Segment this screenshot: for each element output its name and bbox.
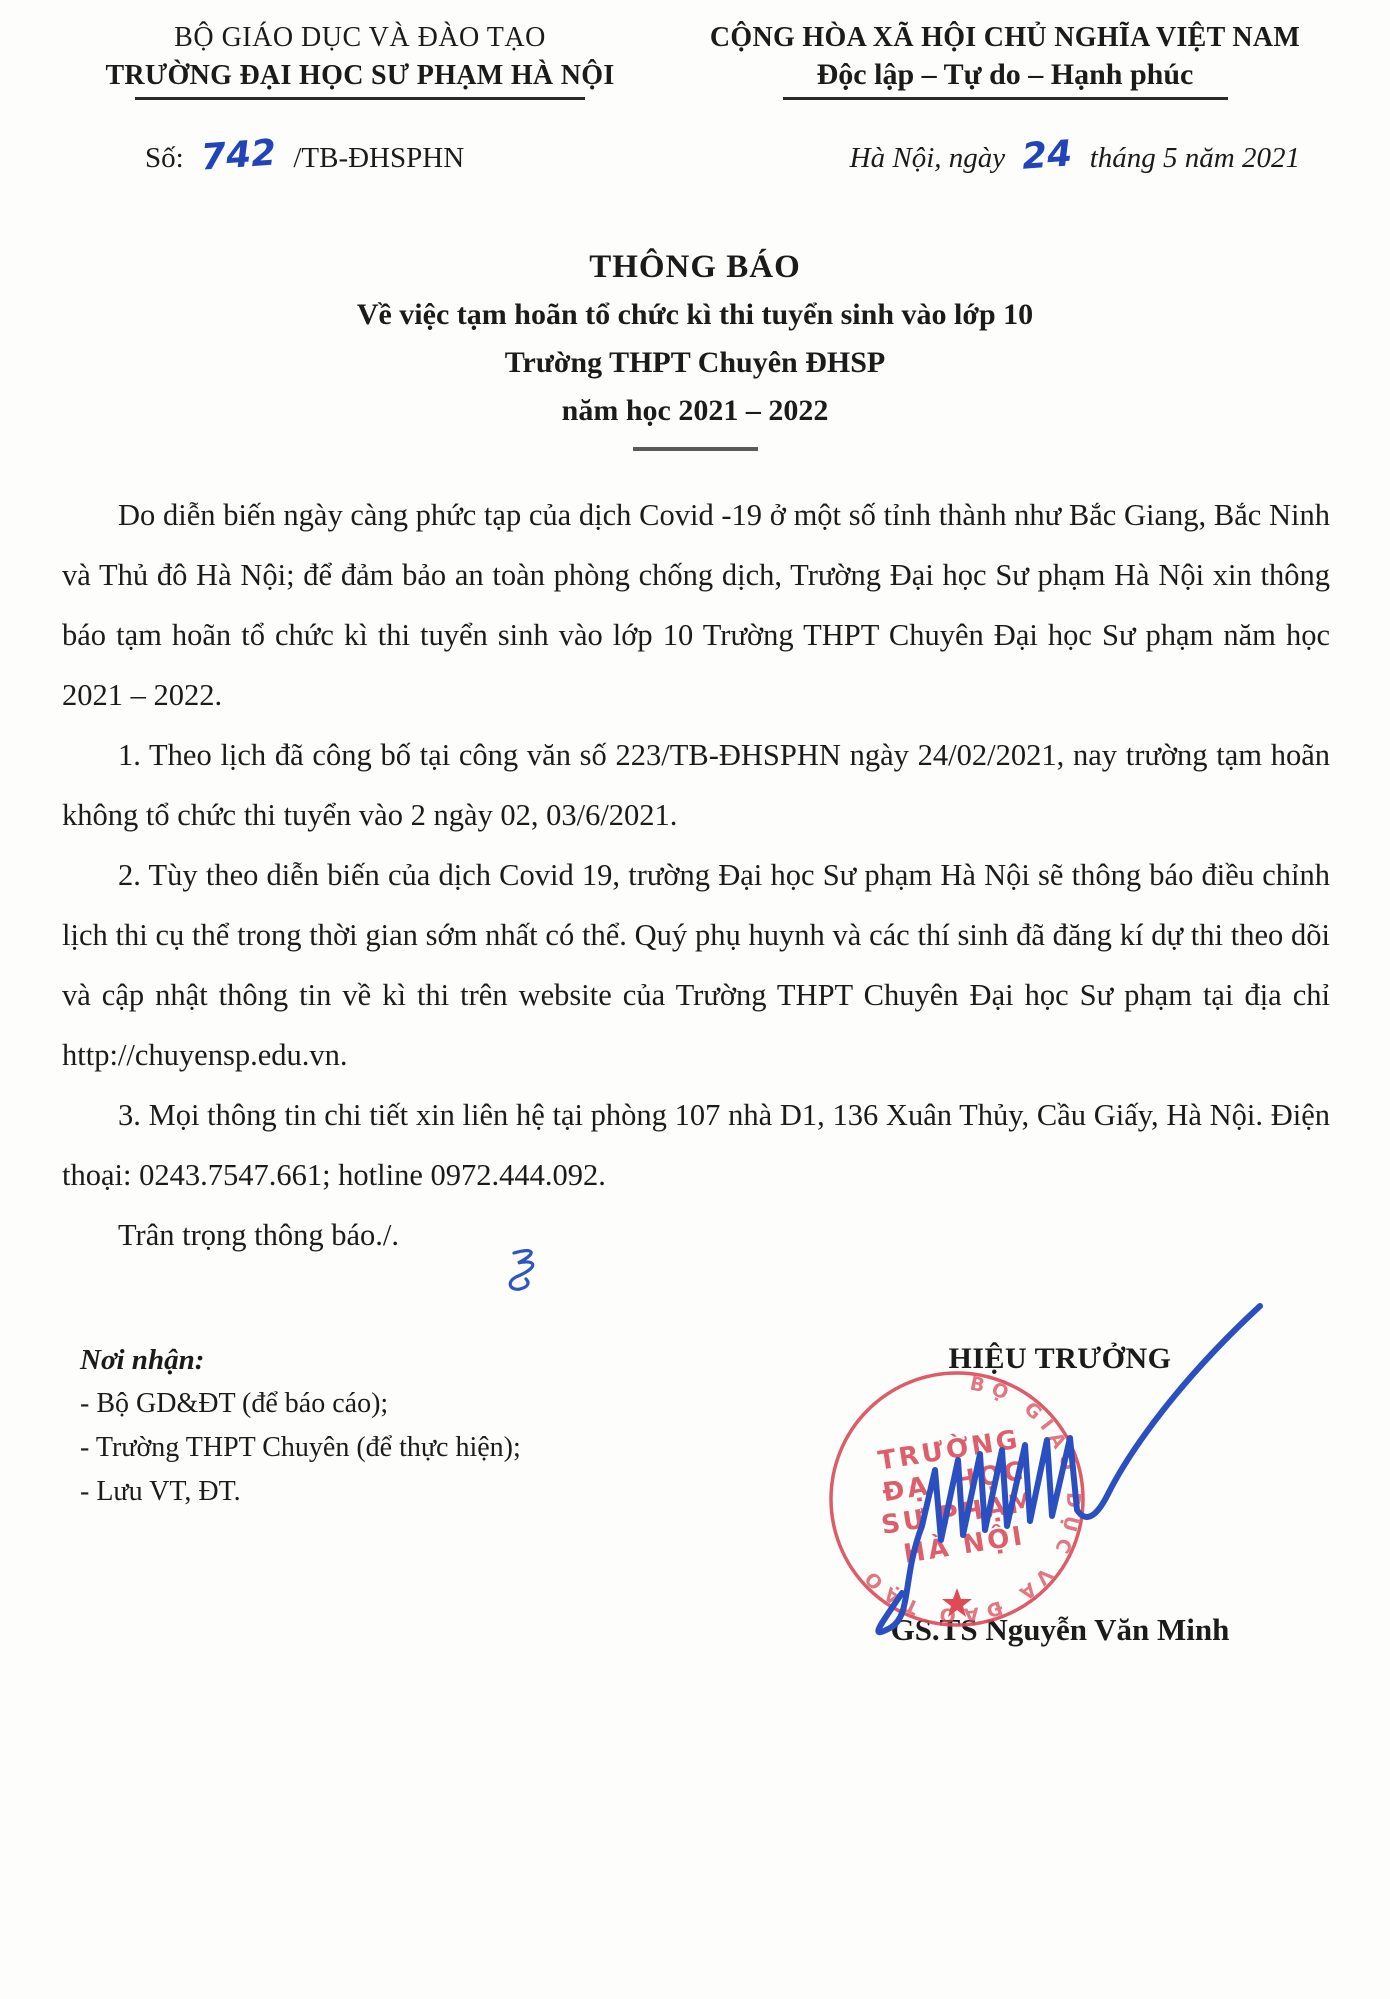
document-title: THÔNG BÁO	[0, 247, 1390, 287]
republic-title: CỘNG HÒA XÃ HỘI CHỦ NGHĨA VIỆT NAM	[675, 22, 1335, 54]
recipient-item: - Trường THPT Chuyên (để thực hiện);	[80, 1426, 521, 1470]
document-page: BỘ GIÁO DỤC VÀ ĐÀO TẠO TRƯỜNG ĐẠI HỌC SƯ…	[0, 0, 1390, 1999]
national-motto-block: CỘNG HÒA XÃ HỘI CHỦ NGHĨA VIỆT NAM Độc l…	[675, 22, 1335, 100]
document-header: BỘ GIÁO DỤC VÀ ĐÀO TẠO TRƯỜNG ĐẠI HỌC SƯ…	[0, 0, 1390, 100]
date-day-handwritten: 24	[1022, 154, 1072, 157]
paragraph-intro: Do diễn biến ngày càng phức tạp của dịch…	[62, 485, 1330, 725]
reference-row: Số: 742 /TB-ĐHSPHN Hà Nội, ngày 24 tháng…	[0, 142, 1390, 175]
header-right-underline	[783, 97, 1228, 100]
header-left-underline	[135, 97, 585, 100]
motto-line: Độc lập – Tự do – Hạnh phúc	[675, 58, 1335, 92]
recipient-item: - Bộ GD&ĐT (để báo cáo);	[80, 1382, 521, 1426]
university-name: TRƯỜNG ĐẠI HỌC SƯ PHẠM HÀ NỘI	[60, 60, 660, 92]
document-body: Do diễn biến ngày càng phức tạp của dịch…	[62, 485, 1330, 1265]
handwritten-signature	[840, 1288, 1270, 1628]
ministry-name: BỘ GIÁO DỤC VÀ ĐÀO TẠO	[60, 22, 660, 54]
closing-text: Trân trọng thông báo./.	[118, 1218, 399, 1252]
paragraph-item-1: 1. Theo lịch đã công bố tại công văn số …	[62, 725, 1330, 845]
title-year: năm học 2021 – 2022	[0, 391, 1390, 431]
document-number: Số: 742 /TB-ĐHSPHN	[145, 142, 464, 175]
date-suffix: tháng 5 năm 2021	[1090, 142, 1300, 174]
handwritten-check-mark	[500, 1245, 548, 1309]
title-divider	[633, 447, 758, 451]
ref-number-handwritten: 742	[201, 153, 276, 158]
title-block: THÔNG BÁO Về việc tạm hoãn tổ chức kì th…	[0, 247, 1390, 451]
title-school: Trường THPT Chuyên ĐHSP	[0, 343, 1390, 383]
ref-label: Số:	[145, 142, 184, 174]
date-line: Hà Nội, ngày 24 tháng 5 năm 2021	[850, 142, 1300, 175]
date-prefix: Hà Nội, ngày	[850, 142, 1005, 174]
title-subject: Về việc tạm hoãn tổ chức kì thi tuyển si…	[0, 295, 1390, 335]
ref-suffix: /TB-ĐHSPHN	[293, 142, 464, 174]
paragraph-item-2: 2. Tùy theo diễn biến của dịch Covid 19,…	[62, 845, 1330, 1085]
issuing-agency-block: BỘ GIÁO DỤC VÀ ĐÀO TẠO TRƯỜNG ĐẠI HỌC SƯ…	[60, 22, 660, 100]
recipients-block: Nơi nhận: - Bộ GD&ĐT (để báo cáo); - Trư…	[80, 1338, 521, 1514]
recipient-item: - Lưu VT, ĐT.	[80, 1470, 521, 1514]
closing-line: Trân trọng thông báo./.	[62, 1205, 1330, 1265]
paragraph-item-3: 3. Mọi thông tin chi tiết xin liên hệ tạ…	[62, 1085, 1330, 1205]
recipients-label: Nơi nhận:	[80, 1338, 521, 1382]
